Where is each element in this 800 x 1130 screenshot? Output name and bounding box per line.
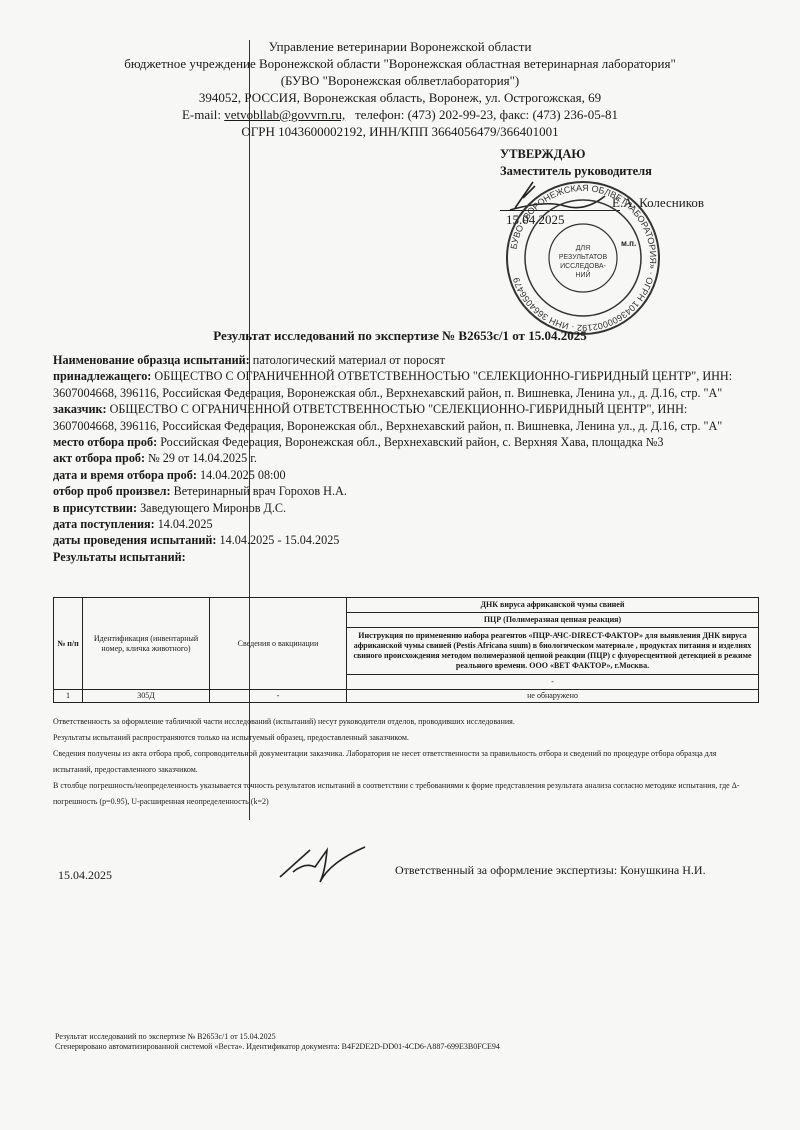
svg-text:РЕЗУЛЬТАТОВ: РЕЗУЛЬТАТОВ: [559, 254, 608, 261]
results-heading: Результаты испытаний:: [53, 549, 753, 565]
letterhead: Управление ветеринарии Воронежской облас…: [0, 38, 800, 140]
col-header-id: Идентификация (инвентарный номер, кличка…: [83, 598, 210, 690]
footer: Результат исследований по экспертизе № В…: [55, 1032, 500, 1052]
svg-text:НИЙ: НИЙ: [575, 270, 590, 279]
approval-title: УТВЕРЖДАЮ: [500, 146, 652, 163]
row-num: 1: [54, 690, 83, 703]
row-vaccination: -: [210, 690, 347, 703]
table-row: 1 305Д - не обнаружено: [54, 690, 759, 703]
org-short-name: (БУВО "Воронежская облветлаборатория"): [0, 72, 800, 89]
org-name: бюджетное учреждение Воронежской области…: [0, 55, 800, 72]
responsible-person: Ответственный за оформление экспертизы: …: [395, 863, 706, 878]
footer-ref: Результат исследований по экспертизе № В…: [55, 1032, 500, 1042]
col-header-num: № п/п: [54, 598, 83, 690]
stamp-seal-icon: БУВО «ВОРОНЕЖСКАЯ ОБЛВЕТЛАБОРАТОРИЯ» · О…: [503, 178, 663, 338]
email-link[interactable]: vetvobllab@govvrn.ru,: [224, 107, 345, 122]
sample-details: Наименование образца испытаний: патологи…: [53, 352, 753, 565]
svg-text:м.п.: м.п.: [621, 239, 636, 248]
note-responsibility: Ответственность за оформление табличной …: [53, 714, 753, 730]
field-test-dates: даты проведения испытаний: 14.04.2025 - …: [53, 532, 753, 548]
org-registration: ОГРН 1043600002192, ИНН/КПП 3664056479/3…: [0, 123, 800, 140]
row-id: 305Д: [83, 690, 210, 703]
org-contacts: E-mail: vetvobllab@govvrn.ru, телефон: (…: [0, 106, 800, 123]
document-title: Результат исследований по экспертизе № В…: [0, 328, 800, 344]
field-sample-name: Наименование образца испытаний: патологи…: [53, 352, 753, 368]
approval-block: УТВЕРЖДАЮ Заместитель руководителя: [500, 146, 652, 180]
col-header-test-name: ДНК вируса африканской чумы свиней: [347, 598, 759, 613]
results-table: № п/п Идентификация (инвентарный номер, …: [53, 597, 759, 703]
field-sampled-by: отбор проб произвел: Ветеринарный врач Г…: [53, 483, 753, 499]
notes: Ответственность за оформление табличной …: [53, 714, 753, 810]
svg-text:ДЛЯ: ДЛЯ: [576, 245, 590, 252]
field-customer: заказчик: ОБЩЕСТВО С ОГРАНИЧЕННОЙ ОТВЕТС…: [53, 401, 753, 434]
note-source: Сведения получены из акта отбора проб, с…: [53, 746, 753, 778]
svg-text:ИССЛЕДОВА-: ИССЛЕДОВА-: [560, 263, 606, 270]
col-header-vaccination: Сведения о вакцинации: [210, 598, 347, 690]
signoff-date: 15.04.2025: [58, 868, 112, 883]
org-parent: Управление ветеринарии Воронежской облас…: [0, 38, 800, 55]
note-uncertainty: В столбце погрешность/неопределенность у…: [53, 778, 753, 810]
field-in-presence: в присутствии: Заведующего Миронов Д.С.: [53, 500, 753, 516]
field-sampling-place: место отбора проб: Российская Федерация,…: [53, 434, 753, 450]
col-header-instruction: Инструкция по применению набора реагенто…: [347, 628, 759, 675]
field-receipt-date: дата поступления: 14.04.2025: [53, 516, 753, 532]
row-result: не обнаружено: [347, 690, 759, 703]
org-address: 394052, РОССИЯ, Воронежская область, Вор…: [0, 89, 800, 106]
col-header-unit: -: [347, 675, 759, 690]
phones: телефон: (473) 202-99-23, факс: (473) 23…: [355, 107, 618, 122]
signature-icon: [275, 842, 370, 887]
field-sampling-act: акт отбора проб: № 29 от 14.04.2025 г.: [53, 450, 753, 466]
field-sampling-datetime: дата и время отбора проб: 14.04.2025 08:…: [53, 467, 753, 483]
note-scope: Результаты испытаний распространяются то…: [53, 730, 753, 746]
col-header-method: ПЦР (Полимеразная цепная реакция): [347, 613, 759, 628]
field-owner: принадлежащего: ОБЩЕСТВО С ОГРАНИЧЕННОЙ …: [53, 368, 753, 401]
footer-generated: Сгенерировано автоматизированной системо…: [55, 1042, 500, 1052]
